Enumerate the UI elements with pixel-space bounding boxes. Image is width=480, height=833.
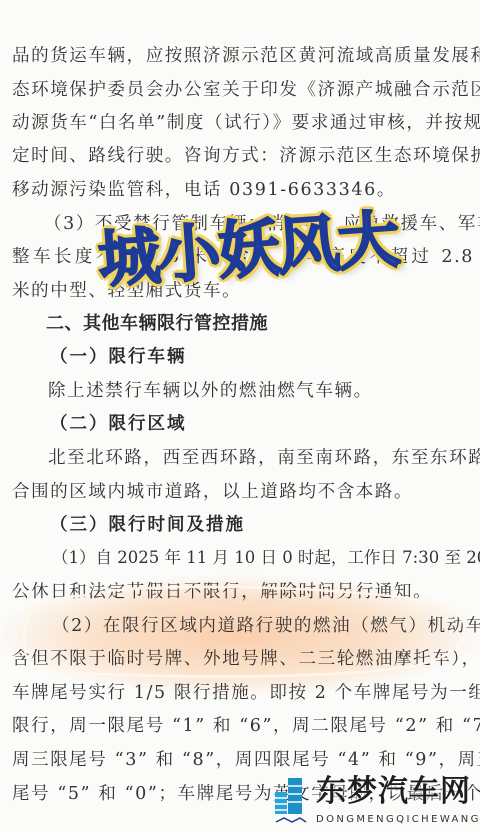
body-line: 除上述禁行车辆以外的燃油燃气车辆。 [48,381,474,401]
building-logo-icon [272,774,310,830]
subsection-heading: （三）限行时间及措施 [50,515,474,535]
body-line: 周三限尾号 “3” 和 “8”，周四限尾号 “4” 和 “9”，周五限 [12,750,474,770]
subsection-heading: （二）限行区域 [50,414,474,434]
body-line: 北至北环路，西至西环路，南至南环路，东至东环路所 [48,448,474,468]
watermark-pinyin: DONGMENGQICHEWANG [316,814,480,825]
body-line: 定时间、路线行驶。咨询方式：济源示范区生态环境保护局 [12,146,474,166]
body-line: 含但不限于临时号牌、外地号牌、二三轮燃油摩托车），按 [12,649,474,669]
body-line: （1）自 2025 年 11 月 10 日 0 时起，工作日 7:30 至 20… [52,548,474,568]
body-line: 限行，周一限尾号 “1” 和 “6”，周二限尾号 “2” 和 “7”， [12,716,474,736]
body-line: 合围的区域内城市道路，以上道路均不含本路。 [12,482,474,502]
document-page: 品的货运车辆，应按照济源示范区黄河流域高质量发展和生 态环境保护委员会办公室关于… [0,0,480,833]
body-line: （2）在限行区域内道路行驶的燃油（燃气）机动车（包 [52,616,474,636]
watermark-name: 东梦汽车网 [316,774,471,810]
body-line: 动源货车“白名单”制度（试行）》要求通过审核，并按规 [12,113,474,133]
subsection-heading: （一）限行车辆 [50,347,474,367]
section-heading: 二、其他车辆限行管控措施 [46,314,474,334]
body-line: 态环境保护委员会办公室关于印发《济源产城融合示范区移 [12,80,474,100]
overlay-title-text: 城小妖风大 [95,190,400,300]
watermark: 东梦汽车网 DONGMENGQICHEWANG [272,772,480,833]
body-line: 车牌尾号实行 1/5 限行措施。即按 2 个车牌尾号为一组轮换 [12,683,474,703]
body-line: 品的货运车辆，应按照济源示范区黄河流域高质量发展和生 [12,46,474,66]
body-line: 公休日和法定节假日不限行，解除时间另行通知。 [12,582,474,602]
body-line: 移动源污染监管科，电话 0391-6633346。 [12,180,474,200]
